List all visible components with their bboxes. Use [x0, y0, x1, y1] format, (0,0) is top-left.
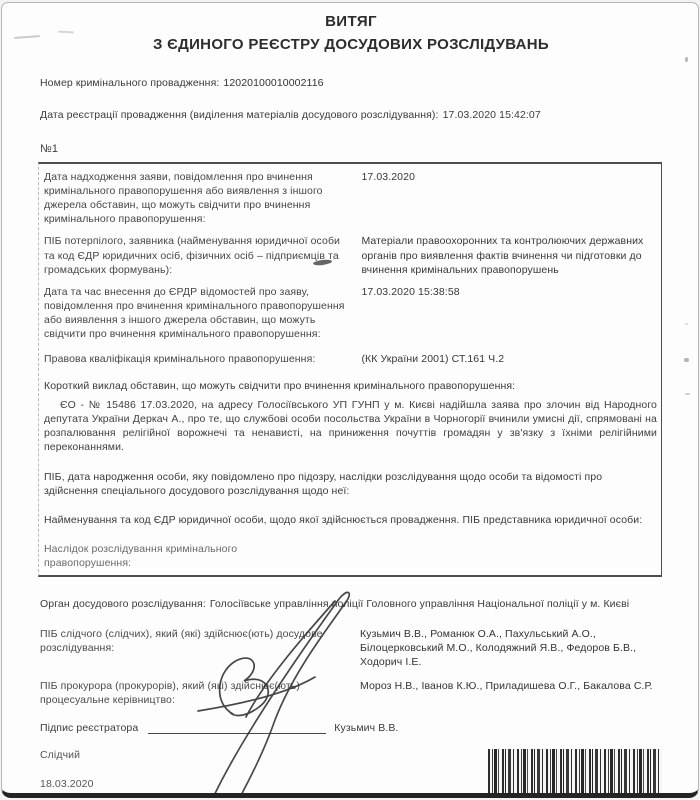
scan-artifact [685, 323, 688, 325]
row-label: ПІБ потерпілого, заявника (найменування … [44, 234, 349, 277]
registration-date-label: Дата реєстрації провадження (виділення м… [40, 109, 439, 121]
table-row: Дата надходження заяви, повідомлення про… [44, 170, 657, 227]
record-number: №1 [40, 142, 662, 157]
scan-artifact [685, 57, 688, 62]
registration-date-line: Дата реєстрації провадження (виділення м… [40, 108, 680, 122]
investigation-body-line: Орган досудового розслідування:Голосіївс… [40, 597, 662, 611]
table-row: Дата та час внесення до ЄРДР відомостей … [44, 285, 657, 342]
case-number-label: Номер кримінального провадження: [40, 77, 219, 89]
investigators-value: Кузьмич В.В., Романюк О.А., Пахульський … [360, 627, 660, 670]
row-value: (КК України 2001) СТ.161 Ч.2 [361, 352, 657, 366]
document-content: ВИТЯГ З ЄДИНОГО РЕЄСТРУ ДОСУДОВИХ РОЗСЛІ… [40, 3, 662, 791]
table-row: Правова кваліфікація кримінального право… [44, 352, 657, 366]
investigators-row: ПІБ слідчого (слідчих), який (які) здійс… [40, 627, 662, 670]
barcode-icon [488, 749, 662, 794]
document-header: ВИТЯГ З ЄДИНОГО РЕЄСТРУ ДОСУДОВИХ РОЗСЛІ… [40, 12, 662, 56]
row-label: Дата та час внесення до ЄРДР відомостей … [44, 285, 349, 342]
suspect-info-label: ПІБ, дата народження особи, яку повідомл… [44, 470, 644, 498]
row-value: 17.03.2020 15:38:58 [361, 285, 657, 342]
prosecutors-value: Мороз Н.В., Іванов К.Ю., Приладишева О.Г… [360, 679, 660, 707]
document-title: ВИТЯГ [40, 12, 662, 32]
table-row: ПІБ потерпілого, заявника (найменування … [44, 234, 657, 277]
scan-artifact [684, 358, 689, 362]
erdr-table: Дата надходження заяви, повідомлення про… [38, 162, 662, 578]
document-subtitle: З ЄДИНОГО РЕЄСТРУ ДОСУДОВИХ РОЗСЛІДУВАНЬ [40, 35, 662, 55]
investigation-body-value: Голосіївське управління поліції Головног… [210, 598, 629, 610]
registrar-name: Кузьмич В.В. [334, 721, 398, 735]
row-value: 17.03.2020 [361, 170, 657, 227]
summary-text: ЄО - № 15486 17.03.2020, на адресу Голос… [44, 398, 657, 455]
outcome-label: Наслідок розслідування кримінального пра… [44, 542, 259, 570]
case-number-line: Номер кримінального провадження:12020100… [40, 76, 662, 90]
registrar-signature-label: Підпис реєстратора [40, 721, 138, 735]
investigators-label: ПІБ слідчого (слідчих), який (які) здійс… [40, 627, 348, 670]
investigation-body-label: Орган досудового розслідування: [40, 598, 206, 610]
summary-heading: Короткий виклад обставин, що можуть свід… [44, 379, 657, 393]
row-label: Дата надходження заяви, повідомлення про… [44, 170, 349, 227]
scan-artifact [685, 393, 690, 395]
signature-underline [148, 721, 326, 734]
registration-date-value: 17.03.2020 15:42:07 [443, 109, 541, 121]
prosecutors-row: ПІБ прокурора (прокурорів), який (які) з… [40, 679, 662, 707]
case-number-value: 12020100010002116 [223, 77, 323, 89]
scanned-document-page: ВИТЯГ З ЄДИНОГО РЕЄСТРУ ДОСУДОВИХ РОЗСЛІ… [1, 2, 699, 798]
row-label: Правова кваліфікація кримінального право… [44, 352, 349, 366]
prosecutors-label: ПІБ прокурора (прокурорів), який (які) з… [40, 679, 348, 707]
scan-artifact [14, 35, 40, 39]
legal-entity-label: Найменування та код ЄДР юридичної особи,… [44, 513, 644, 527]
registrar-signature-line: Підпис реєстратора Кузьмич В.В. [40, 721, 662, 735]
row-value: Матеріали правоохоронних та контролюючих… [361, 234, 657, 277]
